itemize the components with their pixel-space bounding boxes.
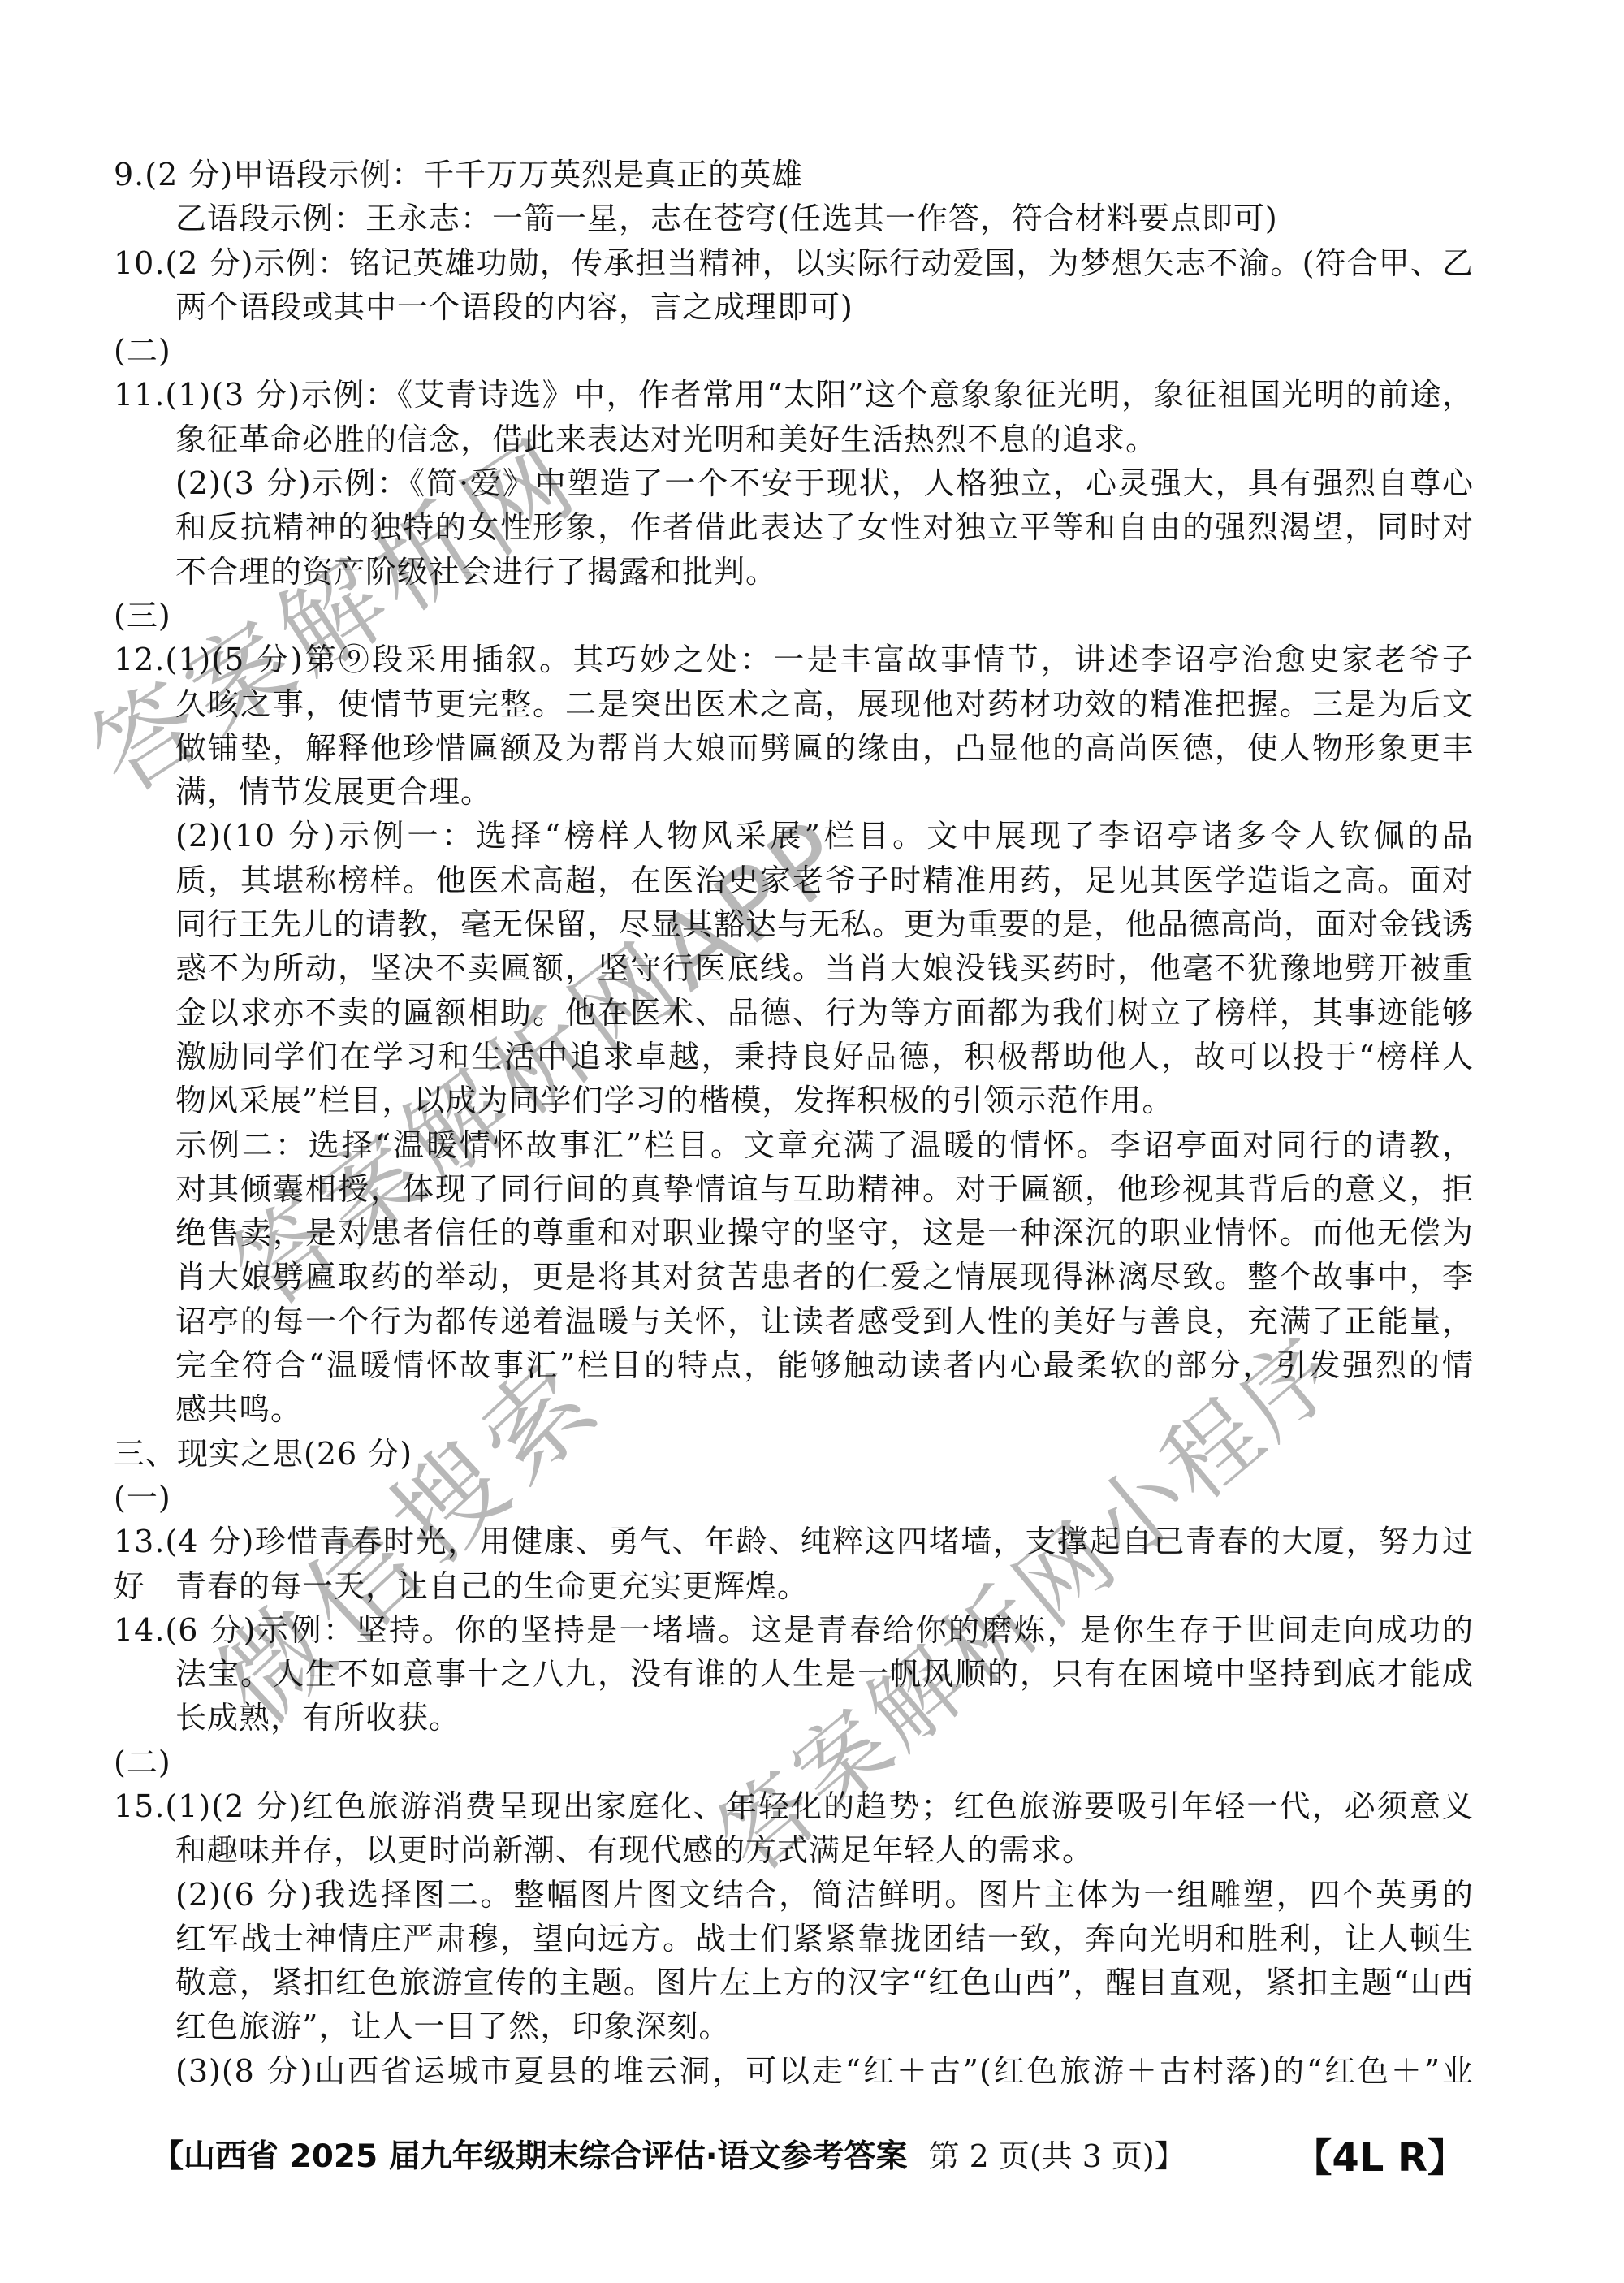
text-line: 青春的每一天，让自己的生命更充实更辉煌。 (175, 1564, 1474, 1608)
text-line: 11.(1)(3 分)示例：《艾青诗选》中，作者常用“太阳”这个意象象征光明，象… (114, 373, 1474, 417)
text-line: 14.(6 分)示例：坚持。你的坚持是一堵墙。这是青春给你的磨炼，是你生存于世间… (114, 1608, 1474, 1652)
text-line: 满，情节发展更合理。 (175, 770, 1474, 814)
footer-paper-code: 【4L R】 (1293, 2126, 1466, 2182)
text-line: 两个语段或其中一个语段的内容，言之成理即可) (175, 285, 1474, 329)
text-line: (一) (114, 1476, 1474, 1520)
text-line: (3)(8 分)山西省运城市夏县的堆云洞，可以走“红＋古”(红色旅游＋古村落)的… (175, 2049, 1474, 2093)
text-line: 示例二：选择“温暖情怀故事汇”栏目。文章充满了温暖的情怀。李诏亭面对同行的请教， (175, 1123, 1474, 1167)
text-line: 感共鸣。 (175, 1387, 1474, 1431)
text-line: 9.(2 分)甲语段示例：千千万万英烈是真正的英雄 (114, 153, 1474, 197)
text-line: 13.(4 分)珍惜青春时光，用健康、勇气、年龄、纯粹这四堵墙，支撑起自己青春的… (114, 1520, 1474, 1563)
text-line: 诏亭的每一个行为都传递着温暖与关怀，让读者感受到人性的美好与善良，充满了正能量， (175, 1299, 1474, 1343)
text-line: 象征革命必胜的信念，借此来表达对光明和美好生活热烈不息的追求。 (175, 417, 1474, 461)
footer-exam-title: 【山西省 2025 届九年级期末综合评估·语文参考答案 (152, 2138, 908, 2175)
text-line: 10.(2 分)示例：铭记英雄功勋，传承担当精神，以实际行动爱国，为梦想矢志不渝… (114, 241, 1474, 285)
text-line: 不合理的资产阶级社会进行了揭露和批判。 (175, 550, 1474, 594)
text-line: 和趣味并存，以更时尚新潮、有现代感的方式满足年轻人的需求。 (175, 1828, 1474, 1872)
text-line: 敬意，紧扣红色旅游宣传的主题。图片左上方的汉字“红色山西”，醒目直观，紧扣主题“… (175, 1961, 1474, 2004)
text-line: 长成熟，有所收获。 (175, 1696, 1474, 1740)
footer-page-number: 第 2 页(共 3 页)】 (929, 2138, 1186, 2174)
text-line: (二) (114, 1740, 1474, 1784)
text-line: 质，其堪称榜样。他医术高超，在医治史家老爷子时精准用药，足见其医学造诣之高。面对 (175, 858, 1474, 902)
text-line: 金以求亦不卖的匾额相助。他在医术、品德、行为等方面都为我们树立了榜样，其事迹能够 (175, 991, 1474, 1035)
text-line: (二) (114, 329, 1474, 373)
text-line: 三、现实之思(26 分) (114, 1432, 1474, 1476)
text-line: 15.(1)(2 分)红色旅游消费呈现出家庭化、年轻化的趋势；红色旅游要吸引年轻… (114, 1784, 1474, 1828)
text-line: 绝售卖，是对患者信任的尊重和对职业操守的坚守，这是一种深沉的职业情怀。而他无偿为 (175, 1211, 1474, 1255)
text-line: 乙语段示例：王永志：一箭一星，志在苍穹(任选其一作答，符合材料要点即可) (175, 197, 1474, 240)
text-line: 对其倾囊相授，体现了同行间的真挚情谊与互助精神。对于匾额，他珍视其背后的意义，拒 (175, 1167, 1474, 1211)
footer-source: 【山西省 2025 届九年级期末综合评估·语文参考答案第 2 页(共 3 页)】 (152, 2131, 1186, 2177)
text-line: 肖大娘劈匾取药的举动，更是将其对贫苦患者的仁爱之情展现得淋漓尽致。整个故事中，李 (175, 1255, 1474, 1299)
text-line: 红色旅游”，让人一目了然，印象深刻。 (175, 2004, 1474, 2048)
text-line: (2)(10 分)示例一：选择“榜样人物风采展”栏目。文中展现了李诏亭诸多令人钦… (175, 814, 1474, 858)
text-line: 完全符合“温暖情怀故事汇”栏目的特点，能够触动读者内心最柔软的部分，引发强烈的情 (175, 1343, 1474, 1387)
text-line: 同行王先儿的请教，毫无保留，尽显其豁达与无私。更为重要的是，他品德高尚，面对金钱… (175, 902, 1474, 946)
text-line: 红军战士神情庄严肃穆，望向远方。战士们紧紧靠拢团结一致，奔向光明和胜利，让人顿生 (175, 1917, 1474, 1961)
text-line: 和反抗精神的独特的女性形象，作者借此表达了女性对独立平等和自由的强烈渴望，同时对 (175, 505, 1474, 549)
text-line: 法宝。人生不如意事十之八九，没有谁的人生是一帆风顺的，只有在困境中坚持到底才能成 (175, 1652, 1474, 1696)
text-line: 惑不为所动，坚决不卖匾额，坚守行医底线。当肖大娘没钱买药时，他毫不犹豫地劈开被重 (175, 946, 1474, 990)
text-line: (2)(6 分)我选择图二。整幅图片图文结合，简洁鲜明。图片主体为一组雕塑，四个… (175, 1873, 1474, 1917)
text-line: 久咳之事，使情节更完整。二是突出医术之高，展现他对药材功效的精准把握。三是为后文 (175, 682, 1474, 726)
text-line: 12.(1)(5 分)第⑨段采用插叙。其巧妙之处：一是丰富故事情节，讲述李诏亭治… (114, 638, 1474, 681)
answer-text: 9.(2 分)甲语段示例：千千万万英烈是真正的英雄乙语段示例：王永志：一箭一星，… (0, 153, 1624, 2093)
text-line: 激励同学们在学习和生活中追求卓越，秉持良好品德，积极帮助他人，故可以投于“榜样人 (175, 1035, 1474, 1079)
text-line: 物风采展”栏目，以成为同学们学习的楷模，发挥积极的引领示范作用。 (175, 1079, 1474, 1122)
text-line: (2)(3 分)示例：《简·爱》中塑造了一个不安于现状，人格独立，心灵强大，具有… (175, 461, 1474, 505)
text-line: 做铺垫，解释他珍惜匾额及为帮肖大娘而劈匾的缘由，凸显他的高尚医德，使人物形象更丰 (175, 726, 1474, 770)
text-line: (三) (114, 594, 1474, 638)
